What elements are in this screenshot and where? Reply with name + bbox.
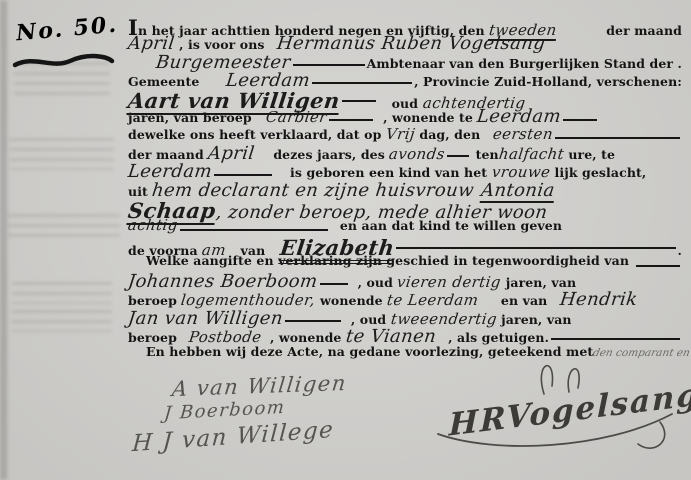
printed-text: . (678, 243, 682, 258)
act-number-flourish-icon (12, 52, 116, 72)
handwritten-text: April (207, 143, 256, 164)
act-line: BurgemeesterAmbtenaar van den Burgerlijk… (128, 52, 682, 70)
blank-rule (555, 137, 680, 139)
blank-rule (342, 100, 376, 102)
handwritten-text: Jan van Willigen (127, 308, 284, 329)
act-line: der maand April dezes jaars, des avonds … (128, 143, 682, 161)
blank-rule (312, 82, 412, 84)
handwritten-text: vieren dertig (396, 273, 502, 291)
signature: J Boerboom (163, 397, 286, 424)
act-line: Aart van Willigenoud achtendertig (128, 88, 682, 106)
act-number: No. 50. (16, 16, 118, 42)
printed-text: ten (471, 147, 499, 162)
printed-text: beroep (128, 330, 181, 345)
handwritten-text: halfacht (498, 145, 565, 163)
handwritten-text: Vrij (385, 125, 416, 143)
act-line: beroep Postbode, wonende te Vianen, als … (128, 326, 682, 344)
blank-rule (214, 174, 272, 176)
printed-text: , wonende te (383, 110, 477, 125)
blank-rule (551, 338, 680, 340)
act-line: dewelke ons heeft verklaard, dat op Vrij… (128, 125, 682, 143)
blank-rule (293, 64, 365, 66)
blank-rule (320, 283, 348, 285)
printed-text: wonende (316, 293, 388, 308)
printed-text: lijk geslacht, (550, 165, 646, 180)
bleedthrough-mark (12, 282, 112, 304)
printed-text: , is voor ons (175, 37, 269, 52)
act-line: In het jaar achttien honderd negen en vi… (128, 15, 682, 33)
handwritten-text: Antonia (479, 180, 555, 203)
printed-text: jaren, van (497, 312, 572, 327)
act-line: uit hem declarant en zijne huisvrouw Ant… (128, 180, 682, 198)
handwritten-text: logementhouder, (180, 291, 316, 309)
blank-rule (329, 119, 373, 121)
act-number-label: No. 50. (15, 12, 119, 47)
handwritten-text: Carbier (265, 108, 328, 126)
printed-text: is geboren een kind van het (290, 165, 492, 180)
handwritten-text: Hermanus Ruben Vogelsang (276, 33, 547, 54)
printed-text: dag, den (415, 127, 485, 142)
handwritten-text: te Leerdam (386, 291, 480, 309)
blank-rule (447, 155, 469, 157)
printed-text: oud (392, 96, 423, 111)
printed-text: der maand (128, 147, 208, 162)
act-line: Jan van Willigen, oud tweeendertig jaren… (128, 308, 682, 326)
handwritten-text: eersten (492, 125, 554, 143)
handwritten-text: Hendrik (559, 289, 639, 310)
act-line: Johannes Boerboom, oud vieren dertig jar… (128, 271, 682, 289)
blank-rule (563, 119, 597, 121)
act-line: de voorna am van Elizabeth. (128, 235, 682, 253)
birth-certificate-page: No. 50. In het jaar achttien honderd neg… (0, 0, 691, 480)
printed-text: , oud (351, 312, 391, 327)
handwritten-text: avonds (388, 145, 446, 163)
blank-rule (396, 247, 676, 249)
printed-text: , oud (358, 275, 398, 290)
act-line: Leerdamis geboren een kind van het vrouw… (128, 161, 682, 179)
bleedthrough-mark (10, 138, 114, 170)
bleedthrough-mark (12, 310, 112, 332)
handwritten-text: Elizabeth (278, 235, 396, 264)
printed-text: ure, te (564, 147, 615, 162)
printed-text: dewelke ons heeft verklaard, dat op (128, 127, 386, 142)
printed-text: der maand (606, 23, 682, 38)
signature: A van Willigen (171, 371, 348, 401)
printed-text: Gemeente (128, 74, 204, 89)
act-line: beroep logementhouder, wonende te Leerda… (128, 289, 682, 307)
blank-rule (636, 265, 681, 267)
printed-text: uit (128, 184, 152, 199)
printed-text: , wonende (270, 330, 346, 345)
scan-edge-shadow (0, 0, 7, 480)
handwritten-text: Johannes Boerboom (127, 271, 319, 292)
signature: H J van Willege (131, 417, 335, 457)
printed-text: dezes jaars, des (269, 147, 389, 162)
blank-rule (180, 229, 328, 231)
blank-rule (285, 320, 341, 322)
printed-text: , als getuigen. (448, 330, 549, 345)
handwritten-text: Postbode (188, 328, 263, 346)
printed-text: beroep (128, 293, 181, 308)
handwritten-text: achtig (127, 216, 179, 234)
printed-text: , Provincie Zuid-Holland, verschenen: (414, 74, 682, 89)
bleedthrough-mark (8, 214, 120, 242)
printed-text: Ambtenaar van den Burgerlijken Stand der… (367, 56, 682, 71)
act-body: In het jaar achttien honderd negen en vi… (128, 15, 682, 363)
handwritten-text: am (201, 241, 227, 259)
handwritten-text: te Vianen (345, 326, 438, 347)
handwritten-text: vrouwe (490, 163, 551, 181)
handwritten-text: , zonder beroep, mede alhier woon (214, 202, 548, 223)
printed-text: en van (496, 293, 551, 308)
printed-text: jaren, van (501, 275, 576, 290)
